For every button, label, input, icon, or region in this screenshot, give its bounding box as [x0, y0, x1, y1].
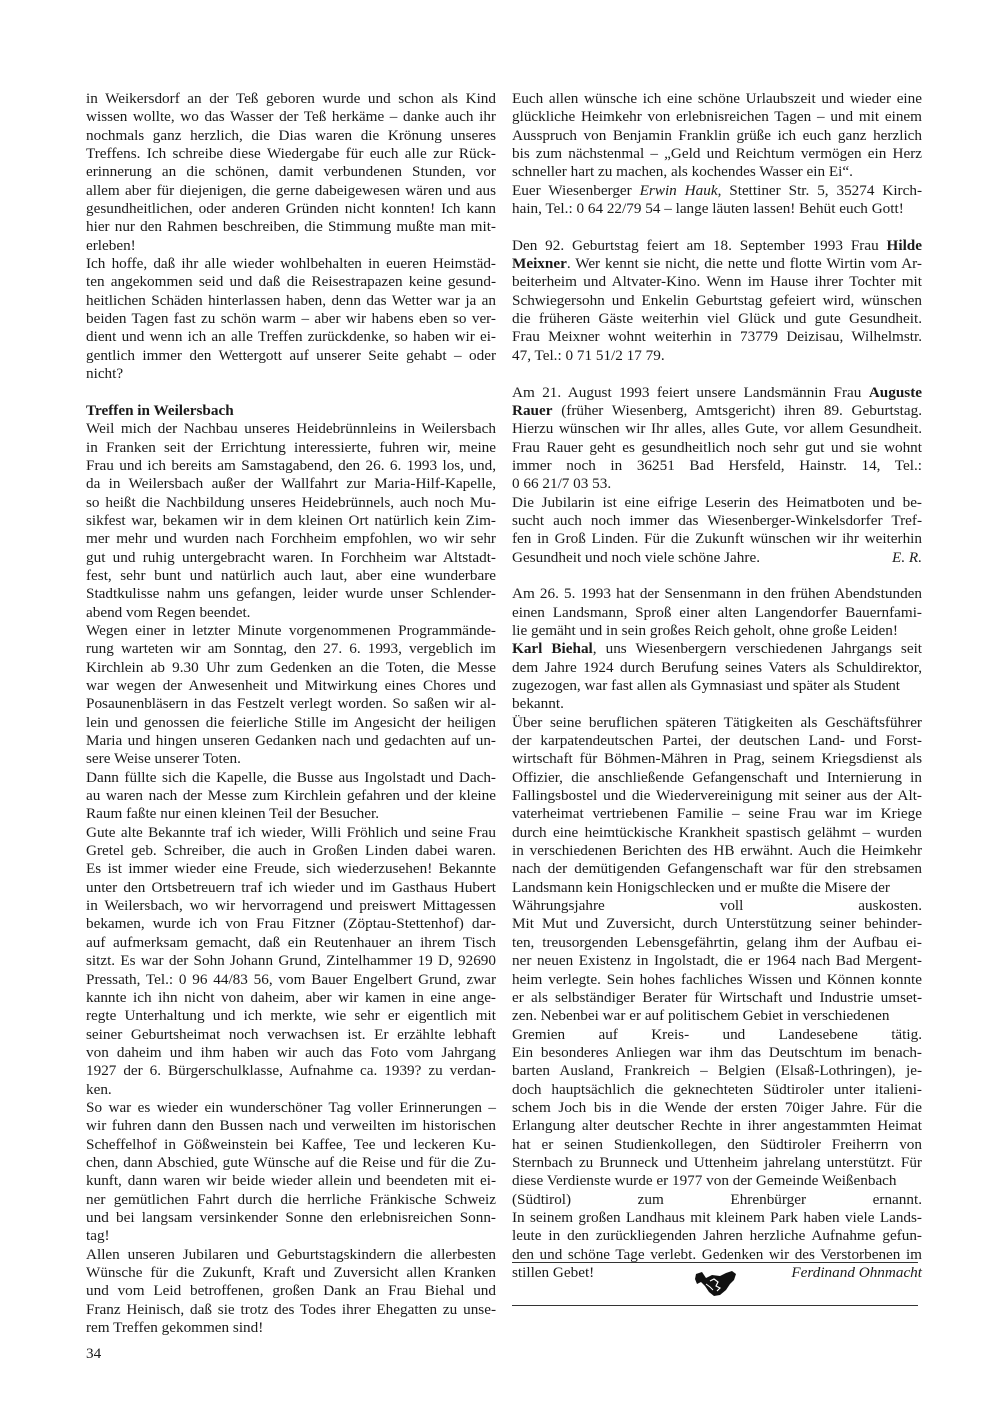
- text-line: Weil mich der Nachbau unseres Heidebrünn…: [86, 420, 496, 438]
- text-line: er als selbständiger Berater für Wirtsch…: [512, 989, 922, 1007]
- text-span: Gesundheit und noch viele schöne Jahre.: [512, 549, 760, 567]
- person-name: Auguste: [869, 384, 922, 401]
- text-line: abend vom Regen beendet.: [86, 604, 496, 622]
- text-line: beiterheim und Altvater-Kino. Wenn im Ha…: [512, 273, 922, 291]
- text-line: ten angekommen seid und daß die Reisestr…: [86, 273, 496, 291]
- text-line: nicht?: [86, 365, 496, 383]
- text-line: fest, sehr bunt und natürlich auch laut,…: [86, 567, 496, 585]
- text-line: Über seine beruflichen späteren Tätigkei…: [512, 714, 922, 732]
- author-name: Erwin Hauk: [640, 182, 718, 199]
- text-line: die früheren Gäste weiterhin viel Glück …: [512, 310, 922, 328]
- text-line: Gremien auf Kreis- und Landesebene tätig…: [512, 1026, 922, 1044]
- text-line: bekannt.: [512, 695, 922, 713]
- text-line: sucht auch noch immer das Wiesenberger-W…: [512, 512, 922, 530]
- text-line: nochmals ganz herzlich, die Dias waren d…: [86, 127, 496, 145]
- text-line: und vom Leid betroffenen, großen Dank an…: [86, 1282, 496, 1300]
- text-line: diese Verdienste wurde er 1977 von der G…: [512, 1172, 922, 1190]
- section-heading: Treffen in Weilersbach: [86, 402, 496, 420]
- text-line: Allen unseren Jubilaren und Geburtstagsk…: [86, 1246, 496, 1264]
- text-line: kunft, dann waren wir beide wieder allei…: [86, 1172, 496, 1190]
- text-line: Posaunenbläsern in das Festzelt verlegt …: [86, 695, 496, 713]
- text-line: Sternbach zu Brunneck und Uttenheim jahr…: [512, 1154, 922, 1172]
- page-number: 34: [86, 1345, 101, 1363]
- text-line: Wünsche für die Zukunft, Kraft und Zuver…: [86, 1264, 496, 1282]
- text-line: dem Jahre 1924 durch Berufung seines Vat…: [512, 659, 922, 677]
- text-line: in Weilersbach, wo wir hervorragend und …: [86, 897, 496, 915]
- text-span: (früher Wiesenberg, Amtsgericht) ihren 8…: [553, 402, 923, 419]
- text-line: Rauer (früher Wiesenberg, Amtsgericht) i…: [512, 402, 922, 420]
- text-span: , uns Wiesenbergern verschiedenen Jahrga…: [593, 640, 922, 657]
- right-column: Euch allen wünsche ich eine schöne Urlau…: [512, 90, 922, 1282]
- text-line: Stadtkulisse nahm uns gefangen, leider w…: [86, 585, 496, 603]
- text-line: Die Jubilarin ist eine eifrige Leserin d…: [512, 494, 922, 512]
- text-line: Es ist immer wieder eine Freude, sich wi…: [86, 860, 496, 878]
- text-line: Euch allen wünsche ich eine schöne Urlau…: [512, 90, 922, 108]
- person-name: Rauer: [512, 402, 553, 419]
- text-line: rung warteten wir am Sonntag, den 27. 6.…: [86, 640, 496, 658]
- text-line: Gretel geb. Schreiber, die auch in Große…: [86, 842, 496, 860]
- text-line: Erlangung alter deutscher Rechte in ihre…: [512, 1117, 922, 1135]
- text-line: Wegen einer in letzter Minute vorgenomme…: [86, 622, 496, 640]
- text-line: bis zum nächstenmal – „Geld und Reichtum…: [512, 145, 922, 163]
- text-line: Landsmann kein Honigschlecken und er muß…: [512, 879, 922, 897]
- text-line: gesundheitlichen, oder anderen Gründen n…: [86, 200, 496, 218]
- text-line: wir fuhren dann den Bussen nach und verw…: [86, 1117, 496, 1135]
- text-line: beiden Tagen fast zu schön warm – aber w…: [86, 310, 496, 328]
- text-line: allem aber für diejenigen, die gerne dab…: [86, 182, 496, 200]
- text-line: vaterheimat vertriebenen Familie – seine…: [512, 805, 922, 823]
- text-line: zugezogen, war fast allen als Gymnasiast…: [512, 677, 922, 695]
- text-line: in Weikersdorf an der Teß geboren wurde …: [86, 90, 496, 108]
- text-line: seiner Geburtsheimat noch verwachsen ist…: [86, 1026, 496, 1044]
- text-line: erinnerung an die schönen, damit verbund…: [86, 163, 496, 181]
- text-line: nach der demütigenden Gefangenschaft war…: [512, 860, 922, 878]
- text-span: . Wer kennt sie nicht, die nette und flo…: [567, 255, 922, 272]
- text-line: gentlich immer den Wettergott auf unsere…: [86, 347, 496, 365]
- text-line: in verschiedenen Berichten des HB erwähn…: [512, 842, 922, 860]
- text-line: Am 26. 5. 1993 hat der Sensenmann in den…: [512, 585, 922, 603]
- text-line: durch eine heimtückische Krankheit spast…: [512, 824, 922, 842]
- text-line: und bei langsam versinkender Sonne den e…: [86, 1209, 496, 1227]
- text-line: in Franken seit der Errichtung interessi…: [86, 439, 496, 457]
- text-line: Gute alte Bekannte traf ich wieder, Will…: [86, 824, 496, 842]
- text-line: Ausspruch von Benjamin Franklin grüße ic…: [512, 127, 922, 145]
- text-line: fen in Groß Linden. Für die Zukunft wüns…: [512, 530, 922, 548]
- text-line: Ein besonderes Anliegen war ihm das Deut…: [512, 1044, 922, 1062]
- text-line: wirtschaft für Böhmen-Mähren in Prag, se…: [512, 750, 922, 768]
- text-line: tag!: [86, 1227, 496, 1245]
- text-line: Scheffelhof in Gößweinstein bei Kaffee, …: [86, 1136, 496, 1154]
- text-line: hain, Tel.: 0 64 22/79 54 – lange läuten…: [512, 200, 922, 218]
- text-line: unter den Ortsbetreuern traf ich wieder …: [86, 879, 496, 897]
- text-line: wissen wollte, wo das Wasser der Teß her…: [86, 108, 496, 126]
- handshake-icon: [692, 1268, 742, 1298]
- text-line: rem Treffen gekommen sind!: [86, 1319, 496, 1337]
- text-line: au waren nach der Messe zum Kirchlein ge…: [86, 787, 496, 805]
- text-line: Ich hoffe, daß ihr alle wieder wohlbehal…: [86, 255, 496, 273]
- text-span: stillen Gebet!: [512, 1264, 594, 1282]
- text-line: bekamen, wurde ich von Frau Fitzner (Zöp…: [86, 915, 496, 933]
- text-line: (Südtirol) zum Ehrenbürger ernannt.: [512, 1191, 922, 1209]
- text-line: sitzt. Es war der Sohn Johann Grund, Zin…: [86, 952, 496, 970]
- text-line: ken.: [86, 1081, 496, 1099]
- text-line: So war es wieder ein wunderschöner Tag v…: [86, 1099, 496, 1117]
- text-span: Euer Wiesenberger: [512, 182, 640, 199]
- text-line: immer noch in 36251 Bad Hersfeld, Hainst…: [512, 457, 922, 475]
- text-line: dient und wenn ich an alle Treffen zurüc…: [86, 328, 496, 346]
- text-line: ner neuen Existenz in Ingolstadt, die er…: [512, 952, 922, 970]
- signature-line: Gesundheit und noch viele schöne Jahre.E…: [512, 549, 922, 567]
- text-line: Frau Rauer geht es gesundheitlich noch s…: [512, 439, 922, 457]
- text-line: Offizier, die anschließende Gefangenscha…: [512, 769, 922, 787]
- author-initials: E. R.: [892, 549, 922, 567]
- text-line: Frau Meixner wohnt weiterhin in 73779 De…: [512, 328, 922, 346]
- person-name: Meixner: [512, 255, 567, 272]
- text-line: In seinem großen Landhaus mit kleinem Pa…: [512, 1209, 922, 1227]
- text-line: heim verlegte. Sein hohes fachliches Wis…: [512, 971, 922, 989]
- text-line: schneller hart zu machen, als kochendes …: [512, 163, 922, 181]
- text-span: Am 21. August 1993 feiert unsere Landsmä…: [512, 384, 869, 401]
- left-column: in Weikersdorf an der Teß geboren wurde …: [86, 90, 496, 1337]
- text-line: Schwiegersohn und Enkelin Geburtstag gef…: [512, 292, 922, 310]
- text-line: Kirchlein ab 9.30 Uhr zum Gedenken an di…: [86, 659, 496, 677]
- text-line: da in Weilersbach außer der Wallfahrt zu…: [86, 475, 496, 493]
- text-line: Treffens. Ich schreibe diese Wiedergabe …: [86, 145, 496, 163]
- text-line: Den 92. Geburtstag feiert am 18. Septemb…: [512, 237, 922, 255]
- text-line: Währungsjahre voll auskosten.: [512, 897, 922, 915]
- text-line: auf aufmerksam gemacht, daß ein Reutenha…: [86, 934, 496, 952]
- text-line: 47, Tel.: 0 71 51/2 17 79.: [512, 347, 922, 365]
- text-line: lein und genossen die feierliche Stille …: [86, 714, 496, 732]
- text-line: Maria und hingen unseren Gedanken nach u…: [86, 732, 496, 750]
- text-line: hier nur den Rahmen beschreiben, die Sti…: [86, 218, 496, 236]
- signature-line: Euer Wiesenberger Erwin Hauk, Stettiner …: [512, 182, 922, 200]
- text-line: heitlichen Schäden hinterlassen haben, d…: [86, 292, 496, 310]
- text-line: mer mehr und wurden nach Forchheim empfo…: [86, 530, 496, 548]
- text-line: hat er seinen Studienkollegen, den Südti…: [512, 1136, 922, 1154]
- text-line: Fallingsbostel und die Wiedervereinigung…: [512, 787, 922, 805]
- text-line: gut und ruhig untergebracht waren. In Fo…: [86, 549, 496, 567]
- divider-top: [512, 1262, 918, 1263]
- author-name: Ferdinand Ohnmacht: [791, 1264, 922, 1282]
- text-line: Frau und ich bereits am Samstagabend, de…: [86, 457, 496, 475]
- spacer: [86, 384, 496, 402]
- text-line: sikfest war, bekamen wir in dem kleinen …: [86, 512, 496, 530]
- text-line: kannte ich ihn nicht von daheim, aber wi…: [86, 989, 496, 1007]
- text-line: 1927 der 6. Bürgerschulklasse, Aufnahme …: [86, 1062, 496, 1080]
- text-line: war wegen der Anwesenheit und Mitwirkung…: [86, 677, 496, 695]
- text-line: schem Joch bis in die Wende der ersten 7…: [512, 1099, 922, 1117]
- spacer: [512, 218, 922, 236]
- text-line: einen Landsmann, Sproß einer alten Lange…: [512, 604, 922, 622]
- text-line: leute in den zurückliegenden Jahren herz…: [512, 1227, 922, 1245]
- text-line: glückliche Heimkehr von erlebnisreichen …: [512, 108, 922, 126]
- text-line: von daheim und ihm haben wir auch das Fo…: [86, 1044, 496, 1062]
- text-line: Pressath, Tel.: 0 96 44/83 56, vom Bauer…: [86, 971, 496, 989]
- spacer: [512, 365, 922, 383]
- text-line: ten, treusorgenden Lebensgefährtin, gela…: [512, 934, 922, 952]
- text-line: chen, dann Abschied, gute Wünsche auf di…: [86, 1154, 496, 1172]
- text-line: Franz Heinisch, daß sie trotz des Todes …: [86, 1301, 496, 1319]
- text-line: erleben!: [86, 237, 496, 255]
- text-line: der karpatendeutschen Partei, der deutsc…: [512, 732, 922, 750]
- text-line: doch hauptsächlich die geknechteten Südt…: [512, 1081, 922, 1099]
- text-line: Meixner. Wer kennt sie nicht, die nette …: [512, 255, 922, 273]
- text-line: barten Ausland, Frankreich – Belgien (El…: [512, 1062, 922, 1080]
- text-line: Dann füllte sich die Kapelle, die Busse …: [86, 769, 496, 787]
- text-line: sere Weise unserer Toten.: [86, 750, 496, 768]
- text-line: ner gemütlichen Fahrt durch die herrlich…: [86, 1191, 496, 1209]
- text-line: Mit Mut und Zuversicht, durch Unterstütz…: [512, 915, 922, 933]
- text-line: Raum faßte nur einen kleinen Teil der Be…: [86, 805, 496, 823]
- text-line: lie gemäht und in sein großes Reich geho…: [512, 622, 922, 640]
- person-name: Karl Biehal: [512, 640, 593, 657]
- text-line: Am 21. August 1993 feiert unsere Landsmä…: [512, 384, 922, 402]
- person-name: Hilde: [887, 237, 922, 254]
- text-line: so heißt die Nachbildung unseres Heidebr…: [86, 494, 496, 512]
- spacer: [512, 567, 922, 585]
- text-line: Hierzu wünschen wir Ihr alles, alles Gut…: [512, 420, 922, 438]
- text-line: regte Unterhaltung und ich merkte, wie s…: [86, 1007, 496, 1025]
- divider-bottom: [512, 1305, 918, 1306]
- text-line: zen. Nebenbei war er auf politischem Geb…: [512, 1007, 922, 1025]
- text-span: , Stettiner Str. 5, 35274 Kirch-: [718, 182, 922, 199]
- text-line: 0 66 21/7 03 53.: [512, 475, 922, 493]
- text-span: Den 92. Geburtstag feiert am 18. Septemb…: [512, 237, 887, 254]
- text-line: Karl Biehal, uns Wiesenbergern verschied…: [512, 640, 922, 658]
